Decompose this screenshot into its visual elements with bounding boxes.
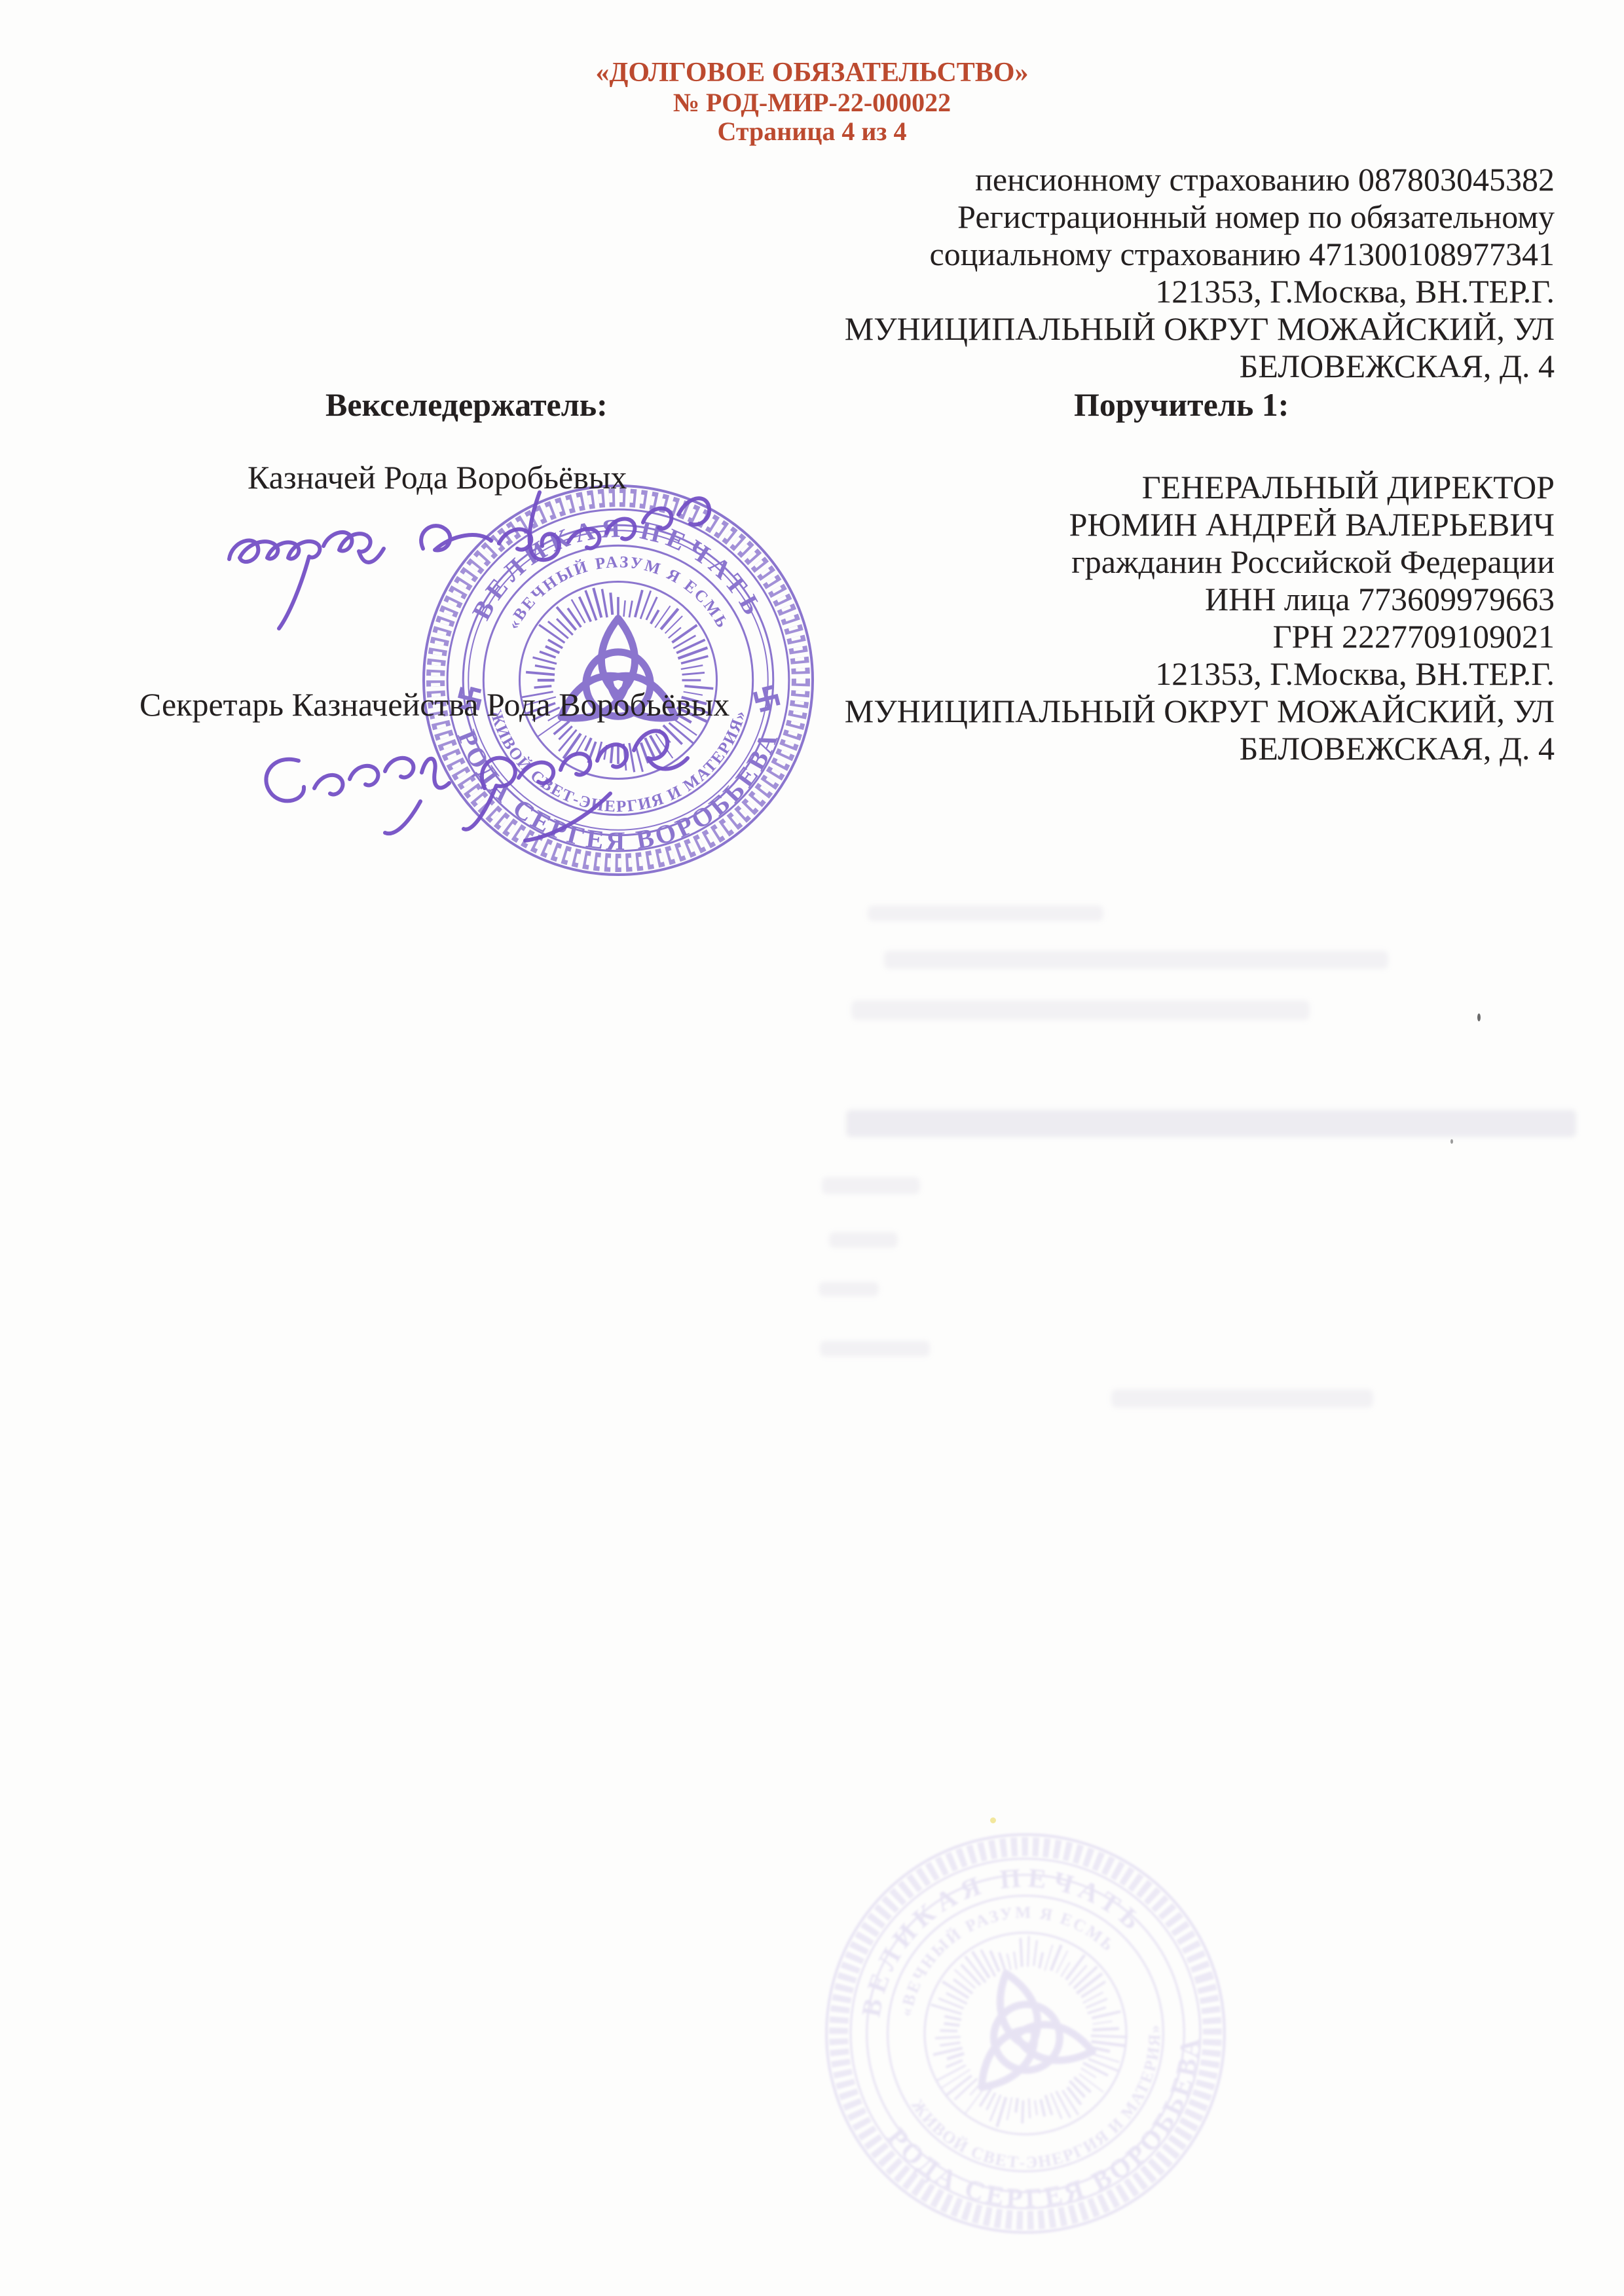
holder-heading: Векселедержатель: (325, 386, 608, 424)
guarantor-line: гражданин Российской Федерации (845, 543, 1555, 581)
guarantor-line: МУНИЦИПАЛЬНЫЙ ОКРУГ МОЖАЙСКИЙ, УЛ (845, 693, 1555, 730)
guarantor-line: 121353, Г.Москва, ВН.ТЕР.Г. (845, 655, 1555, 693)
bleed-through-smudge (868, 905, 1103, 921)
bleed-through-smudge (884, 951, 1388, 969)
document-number: № РОД-МИР-22-000022 (0, 88, 1624, 117)
registration-line: пенсионному страхованию 087803045382 (845, 161, 1555, 198)
registration-line: Регистрационный номер по обязательному (845, 198, 1555, 236)
scanned-document-page: «ДОЛГОВОЕ ОБЯЗАТЕЛЬСТВО» № РОД-МИР-22-00… (0, 0, 1624, 2296)
registration-line: МУНИЦИПАЛЬНЫЙ ОКРУГ МОЖАЙСКИЙ, УЛ (845, 310, 1555, 348)
seal-graphic: ВЕЛИКАЯ ПЕЧАТЬ РОДА СЕРГЕЯ ВОРОБЬЕВА «ВЕ… (771, 1779, 1280, 2287)
secretary-signature (244, 715, 715, 859)
bleed-through-smudge (820, 1341, 930, 1357)
bleed-through-smudge (829, 1232, 898, 1248)
guarantor-line: БЕЛОВЕЖСКАЯ, Д. 4 (845, 730, 1555, 767)
treasurer-signature (219, 486, 743, 649)
faint-seal-imprint: ВЕЛИКАЯ ПЕЧАТЬ РОДА СЕРГЕЯ ВОРОБЬЕВА «ВЕ… (771, 1779, 1280, 2287)
guarantor-line: ГЕНЕРАЛЬНЫЙ ДИРЕКТОР (845, 469, 1555, 506)
bleed-through-smudge (1111, 1389, 1373, 1408)
scan-fleck (990, 1817, 996, 1823)
registration-block: пенсионному страхованию 087803045382 Рег… (845, 161, 1555, 385)
bleed-through-smudge (851, 1000, 1310, 1020)
registration-line: 121353, Г.Москва, ВН.ТЕР.Г. (845, 273, 1555, 310)
document-header: «ДОЛГОВОЕ ОБЯЗАТЕЛЬСТВО» № РОД-МИР-22-00… (0, 58, 1624, 146)
bleed-through-smudge (822, 1177, 920, 1194)
scan-fleck (1477, 1013, 1481, 1021)
guarantor-line: ИНН лица 773609979663 (845, 581, 1555, 618)
registration-line: социальному страхованию 471300108977341 (845, 236, 1555, 273)
bleed-through-smudge (819, 1282, 879, 1296)
scan-fleck (1450, 1139, 1453, 1144)
guarantor-line: ГРН 2227709109021 (845, 618, 1555, 655)
guarantor-line: РЮМИН АНДРЕЙ ВАЛЕРЬЕВИЧ (845, 506, 1555, 543)
document-title: «ДОЛГОВОЕ ОБЯЗАТЕЛЬСТВО» (0, 58, 1624, 88)
triquetra-icon (942, 1953, 1105, 2104)
bleed-through-smudge (846, 1110, 1576, 1137)
page-indicator: Страница 4 из 4 (0, 117, 1624, 146)
guarantor-block: ГЕНЕРАЛЬНЫЙ ДИРЕКТОР РЮМИН АНДРЕЙ ВАЛЕРЬ… (845, 469, 1555, 767)
guarantor-heading: Поручитель 1: (1074, 386, 1289, 424)
registration-line: БЕЛОВЕЖСКАЯ, Д. 4 (845, 348, 1555, 385)
